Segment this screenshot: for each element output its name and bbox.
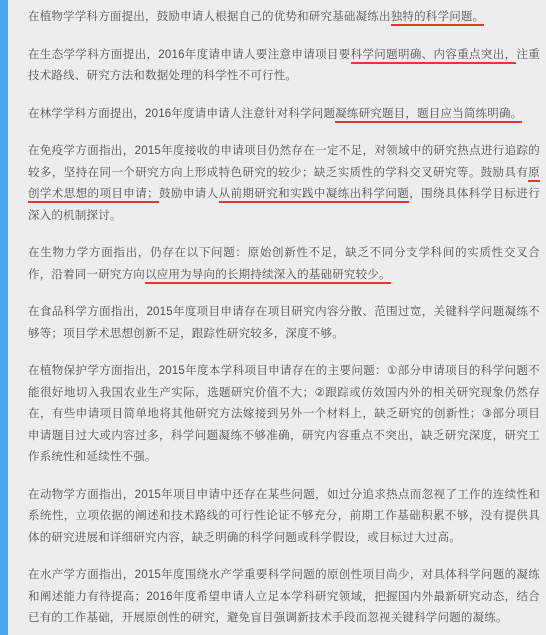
paragraph-text: 在免疫学方面指出，2015年度接收的申请项目仍然存在一定不足，对领域中的研究热点…: [28, 145, 540, 179]
paragraph: 在林学学科方面提出，2016年度请申请人注意针对科学问题凝练研究题目，题目应当简…: [28, 104, 540, 126]
paragraph-text: 在动物学方面指出，2015年项目申请中还存在某些问题，如过分追求热点而忽视了工作…: [28, 489, 540, 544]
paragraph-text: 在食品科学方面指出，2015年度项目申请存在项目研究内容分散、范围过宽，关键科学…: [28, 306, 540, 340]
paragraph-text: 鼓励申请人: [159, 188, 219, 200]
paragraph: 在生物力学方面指出，仍存在以下问题：原始创新性不足，缺乏不同分支学科间的实质性交…: [28, 243, 540, 286]
highlighted-text: 从前期研究和实践中凝练出科学问题: [219, 188, 410, 203]
paragraph: 在水产学方面指出，2015年度围绕水产学重要科学问题的原创性项目尚少，对具体科学…: [28, 565, 540, 630]
paragraph: 在免疫学方面指出，2015年度接收的申请项目仍然存在一定不足，对领域中的研究热点…: [28, 141, 540, 227]
paragraph: 在生态学学科方面提出，2016年度请申请人要注意申请项目要科学问题明确、内容重点…: [28, 45, 540, 88]
paragraph: 在动物学方面指出，2015年项目申请中还存在某些问题，如过分追求热点而忽视了工作…: [28, 485, 540, 550]
highlighted-text: 独特的科学问题。: [391, 11, 485, 26]
left-accent-bar: [0, 0, 8, 635]
paragraph-text: 在植物学学科方面提出，鼓励申请人根据自己的优势和研究基础凝练出: [28, 11, 391, 23]
highlighted-text: 以应用为导向的长期持续深入的基础研究较少。: [145, 269, 391, 284]
paragraph-text: 在林学学科方面提出，2016年度请申请人注意针对科学问题: [28, 108, 335, 120]
paragraph-text: 在水产学方面指出，2015年度围绕水产学重要科学问题的原创性项目尚少，对具体科学…: [28, 569, 540, 624]
highlighted-text: 凝练研究题目，题目应当简练明确。: [335, 108, 522, 123]
paragraph: 在植物学学科方面提出，鼓励申请人根据自己的优势和研究基础凝练出独特的科学问题。: [28, 7, 540, 29]
paragraph-text: 在生态学学科方面提出，2016年度请申请人要注意申请项目要: [28, 49, 351, 61]
highlighted-text: 科学问题明确、内容重点突出，: [351, 49, 517, 64]
paragraph: 在植物保护学方面指出，2015年度本学科项目申请存在的主要问题：①部分申请项目的…: [28, 361, 540, 469]
article-body: 在植物学学科方面提出，鼓励申请人根据自己的优势和研究基础凝练出独特的科学问题。在…: [0, 0, 546, 635]
paragraph-text: 在植物保护学方面指出，2015年度本学科项目申请存在的主要问题：①部分申请项目的…: [28, 365, 540, 463]
paragraph: 在食品科学方面指出，2015年度项目申请存在项目研究内容分散、范围过宽，关键科学…: [28, 302, 540, 345]
